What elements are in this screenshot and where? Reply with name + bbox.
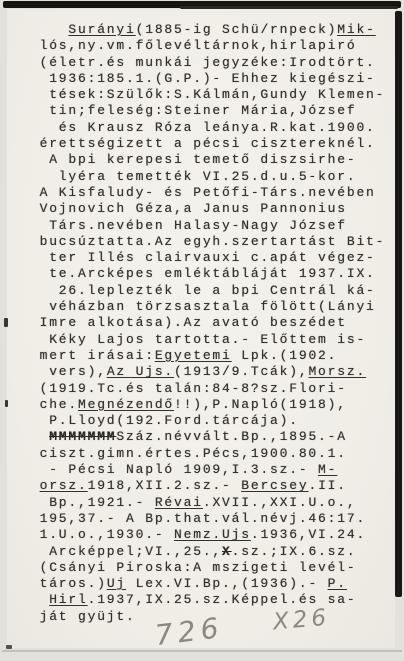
scan-edge-right <box>395 11 402 597</box>
typed-line: P.Lloyd(192.Ford.tárcája). <box>30 413 389 429</box>
typed-line: lyéra temették VI.25.d.u.5-kor. <box>30 169 389 185</box>
index-card: Surányi(1885-ig Schü/rnpeck)Mik- lós,ny.… <box>7 9 395 648</box>
typed-line: vers),Az Ujs.(1913/9.Tcák),Morsz. <box>30 364 389 380</box>
typed-line: Kéky Lajos tartotta.- Előttem is- <box>30 332 389 348</box>
typed-line: che.Megnézendő!!),P.Napló(1918), <box>30 397 389 413</box>
typed-text: Surányi(1885-ig Schü/rnpeck)Mik- lós,ny.… <box>30 22 389 625</box>
typed-line: ciszt.gimn.értes.Pécs,1900.80.1. <box>30 446 389 462</box>
typed-line: Társ.nevében Halasy-Nagy József <box>30 218 389 234</box>
typed-line: Vojnovich Géza,a Janus Pannonius <box>30 201 389 217</box>
typed-line: (Csányi Piroska:A mszigeti levél- <box>30 560 389 576</box>
scan-edge-bottom <box>2 650 402 652</box>
typed-line: 195,37.- A Bp.that.vál.névj.46:17. <box>30 511 389 527</box>
typed-line: érettségizett a pécsi cisztereknél. <box>30 136 389 152</box>
typed-line: tések:Szülők:S.Kálmán,Gundy Klemen- <box>30 87 389 103</box>
typed-line: MMMMMMMSzáz.névvált.Bp.,1895.-A <box>30 429 389 445</box>
typed-line: A Kisfaludy- és Petőfi-Társ.nevében <box>30 185 389 201</box>
typed-line: véházban törzsasztala fölött(Lányi <box>30 299 389 315</box>
typed-line: orsz.1918,XII.2.sz.- Bercsey.II. <box>30 478 389 494</box>
typed-line: 26.leplezték le a bpi Centrál ká- <box>30 283 389 299</box>
typed-line: 1.U.o.,1930.- Nemz.Ujs.1936,VI.24. <box>30 527 389 543</box>
typed-line: és Krausz Róza leánya.R.kat.1900. <box>30 120 389 136</box>
typed-line: (életr.és munkái jegyzéke:Irodtört. <box>30 55 389 71</box>
typed-line: - Pécsi Napló 1909,I.3.sz.- M- <box>30 462 389 478</box>
scan-edge-top-2 <box>180 6 398 9</box>
typed-line: bucsúztatta.Az egyh.szertartást Bit- <box>30 234 389 250</box>
typed-line: 1936:185.1.(G.P.)- Ehhez kiegészi- <box>30 71 389 87</box>
typed-line: táros.)Uj Lex.VI.Bp.,(1936).- P. <box>30 576 389 592</box>
scan-speck <box>5 400 8 407</box>
typed-line: mert irásai:Egyetemi Lpk.(1902. <box>30 348 389 364</box>
typed-line: Imre alkotása).Az avató beszédet <box>30 315 389 331</box>
typed-line: Surányi(1885-ig Schü/rnpeck)Mik- <box>30 22 389 38</box>
handwritten-number-left: 726 <box>153 611 225 652</box>
scan-speck <box>6 645 12 649</box>
handwritten-number-right: X26 <box>272 605 331 636</box>
typed-line: A bpi kerepesi temető diszsirhe- <box>30 152 389 168</box>
typed-line: Arcképpel;VI.,25.,X.sz.;IX.6.sz. <box>30 544 389 560</box>
typed-line: Bp.,1921.- Révai.XVII.,XXI.U.o., <box>30 495 389 511</box>
typed-line: te.Arcképes emléktábláját 1937.IX. <box>30 266 389 282</box>
typed-line: tin;feleség:Steiner Mária,József <box>30 103 389 119</box>
typed-line: ter Illés clairvauxi c.apát végez- <box>30 250 389 266</box>
typed-line: Hirl.1937,IX.25.sz.Képpel.és sa- <box>30 592 389 608</box>
typed-line: lós,ny.vm.főlevéltárnok,hirlapiró <box>30 38 389 54</box>
typed-line: (1919.Tc.és talán:84-8?sz.Flori- <box>30 381 389 397</box>
scan-speck <box>4 318 8 327</box>
